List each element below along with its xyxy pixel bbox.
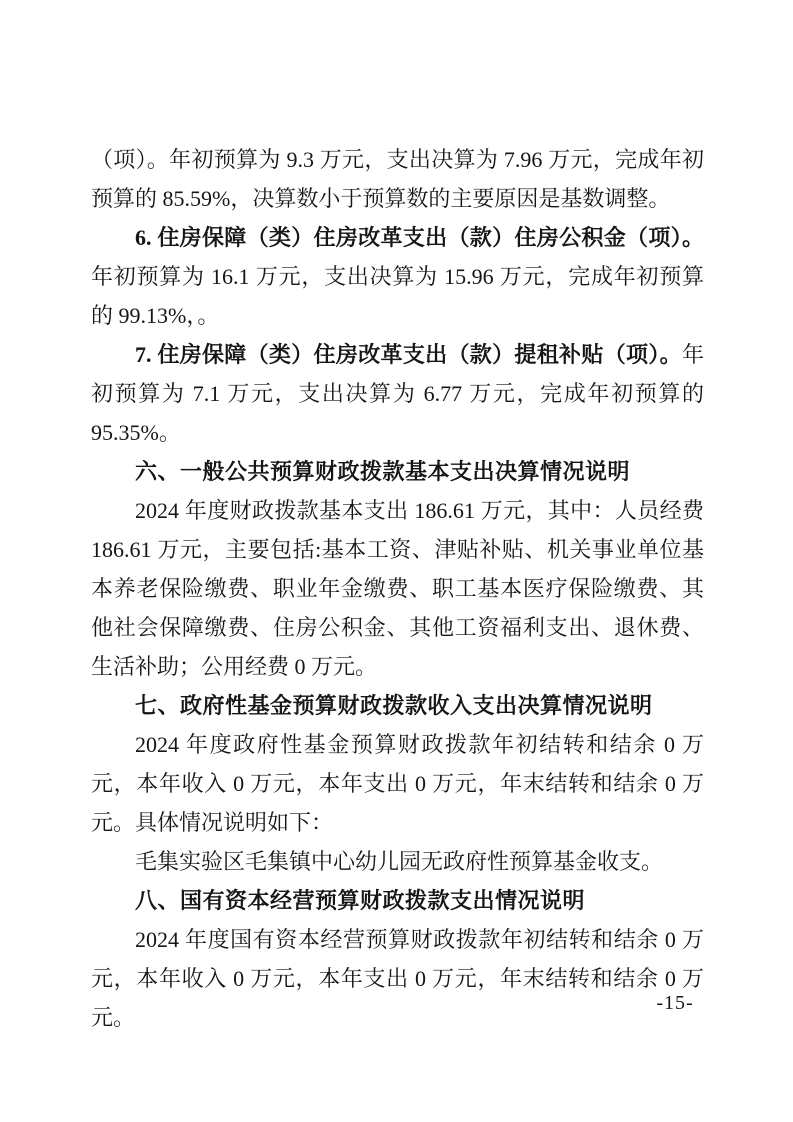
paragraph-gov-fund: 2024 年度政府性基金预算财政拨款年初结转和结余 0 万元，本年收入 0 万元…: [91, 725, 704, 842]
paragraph-text: 2024 年度财政拨款基本支出 186.61 万元，其中：人员经费 186.61…: [91, 498, 704, 679]
section-heading-text: 六、一般公共预算财政拨款基本支出决算情况说明: [135, 459, 630, 484]
paragraph-item5-continuation: （项）。年初预算为 9.3 万元，支出决算为 7.96 万元，完成年初预算的 8…: [91, 140, 704, 218]
paragraph-text: （项）。年初预算为 9.3 万元，支出决算为 7.96 万元，完成年初预算的 8…: [91, 147, 704, 211]
item6-body-run: 年初预算为 16.1 万元，支出决算为 15.96 万元，完成年初预算的 99.…: [91, 264, 704, 328]
document-page: （项）。年初预算为 9.3 万元，支出决算为 7.96 万元，完成年初预算的 8…: [0, 0, 793, 1122]
item6-heading-run: 6. 住房保障（类）住房改革支出（款）住房公积金（项）。: [135, 225, 704, 250]
paragraph-text: 2024 年度政府性基金预算财政拨款年初结转和结余 0 万元，本年收入 0 万元…: [91, 732, 704, 835]
paragraph-text: 2024 年度国有资本经营预算财政拨款年初结转和结余 0 万元，本年收入 0 万…: [91, 927, 704, 1030]
page-number: -15-: [640, 988, 710, 1018]
paragraph-no-gov-fund-note: 毛集实验区毛集镇中心幼儿园无政府性预算基金收支。: [91, 842, 704, 881]
document-body: （项）。年初预算为 9.3 万元，支出决算为 7.96 万元，完成年初预算的 8…: [91, 140, 704, 1037]
section-heading-8: 八、国有资本经营预算财政拨款支出情况说明: [91, 881, 704, 920]
paragraph-state-capital: 2024 年度国有资本经营预算财政拨款年初结转和结余 0 万元，本年收入 0 万…: [91, 920, 704, 1037]
section-heading-text: 七、政府性基金预算财政拨款收入支出决算情况说明: [135, 693, 653, 718]
paragraph-item6: 6. 住房保障（类）住房改革支出（款）住房公积金（项）。年初预算为 16.1 万…: [91, 218, 704, 335]
paragraph-item7: 7. 住房保障（类）住房改革支出（款）提租补贴（项）。年初预算为 7.1 万元，…: [91, 335, 704, 452]
section-heading-text: 八、国有资本经营预算财政拨款支出情况说明: [135, 888, 585, 913]
section-heading-6: 六、一般公共预算财政拨款基本支出决算情况说明: [91, 452, 704, 491]
paragraph-text: 毛集实验区毛集镇中心幼儿园无政府性预算基金收支。: [135, 849, 663, 874]
item7-heading-run: 7. 住房保障（类）住房改革支出（款）提租补贴（项）。: [135, 342, 682, 367]
section-heading-7: 七、政府性基金预算财政拨款收入支出决算情况说明: [91, 686, 704, 725]
paragraph-basic-expenditure: 2024 年度财政拨款基本支出 186.61 万元，其中：人员经费 186.61…: [91, 491, 704, 686]
